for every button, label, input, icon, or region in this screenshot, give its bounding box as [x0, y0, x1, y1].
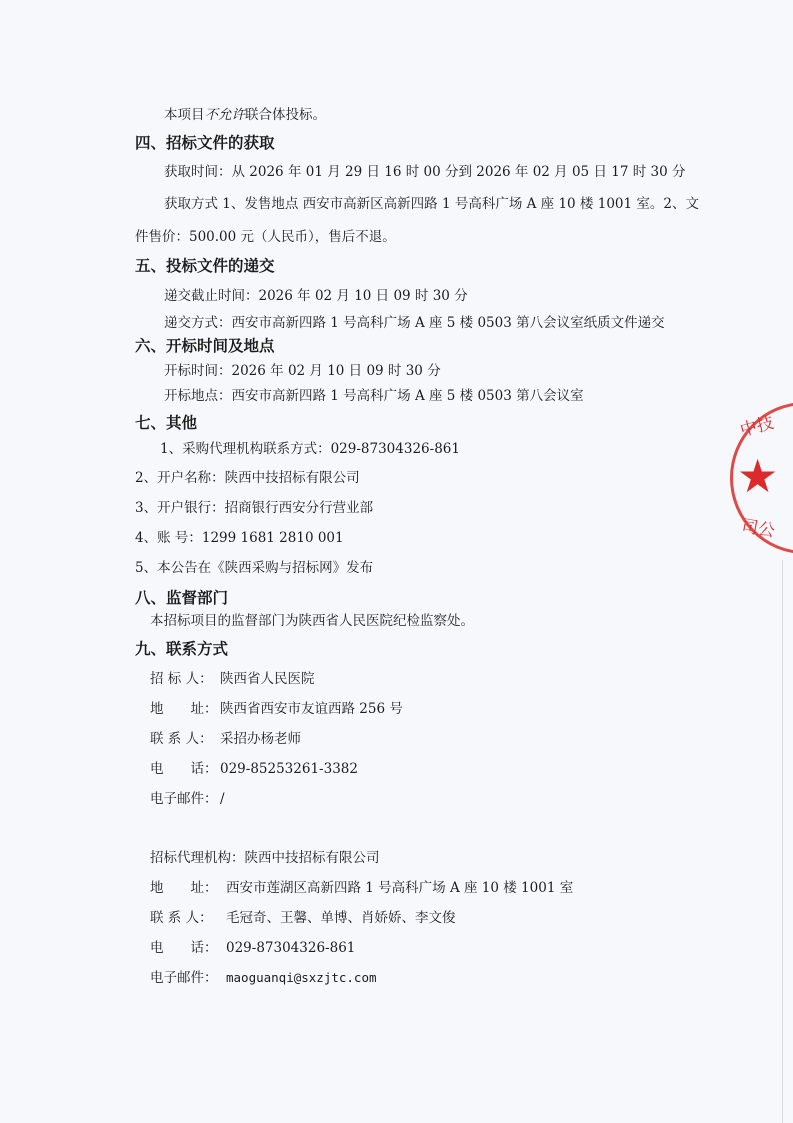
field-label: 电子邮件： [150, 790, 220, 808]
intro-prefix: 本项目 [164, 107, 205, 123]
tenderer-address-row: 地 址：陕西省西安市友谊西路 256 号 [150, 700, 403, 718]
field-label: 地 址： [150, 700, 220, 718]
agency-address-row: 地 址：西安市莲湖区高新四路 1 号高科广场 A 座 10 楼 1001 室 [150, 879, 573, 897]
section-9-heading: 九、联系方式 [135, 639, 228, 659]
agency-email: maoguanqi@sxzjtc.com [226, 970, 377, 985]
other-item-3: 3、开户银行：招商银行西安分行营业部 [135, 499, 373, 517]
section-5-heading: 五、投标文件的递交 [135, 256, 275, 276]
field-label: 联 系 人： [150, 730, 220, 748]
intro-suffix: 联合体投标。 [245, 107, 326, 123]
agency-name-row: 招标代理机构：陕西中技招标有限公司 [150, 849, 380, 867]
intro-emphasis: 不允许 [205, 107, 246, 123]
acquire-time: 获取时间：从 2026 年 01 月 29 日 16 时 00 分到 2026 … [164, 163, 685, 181]
field-label: 电 话： [150, 939, 226, 957]
field-label: 联 系 人： [150, 909, 226, 927]
tenderer-contact: 采招办杨老师 [220, 731, 301, 747]
tenderer-email: / [220, 791, 225, 807]
section-7-heading: 七、其他 [135, 413, 197, 433]
submit-deadline: 递交截止时间：2026 年 02 月 10 日 09 时 30 分 [164, 287, 468, 305]
field-label: 招标代理机构： [150, 850, 245, 866]
other-item-1: 1、采购代理机构联系方式：029-87304326-861 [160, 440, 460, 458]
agency-email-row: 电子邮件：maoguanqi@sxzjtc.com [150, 969, 377, 987]
field-label: 招 标 人： [150, 670, 220, 688]
acquire-method-line1: 获取方式 1、发售地点 西安市高新区高新四路 1 号高科广场 A 座 10 楼 … [164, 195, 699, 213]
tenderer-name: 陕西省人民医院 [220, 671, 315, 687]
agency-contacts: 毛冠奇、王馨、单博、肖娇娇、李文俊 [226, 910, 456, 926]
tenderer-phone-row: 电 话：029-85253261-3382 [150, 760, 358, 778]
agency-contact-row: 联 系 人：毛冠奇、王馨、单博、肖娇娇、李文俊 [150, 909, 456, 927]
tenderer-phone: 029-85253261-3382 [220, 761, 358, 777]
field-label: 地 址： [150, 879, 226, 897]
tenderer-address: 陕西省西安市友谊西路 256 号 [220, 701, 403, 717]
field-label: 电子邮件： [150, 969, 226, 987]
submit-method: 递交方式：西安市高新四路 1 号高科广场 A 座 5 楼 0503 第八会议室纸… [164, 314, 665, 332]
agency-phone: 029-87304326-861 [226, 940, 355, 956]
tenderer-contact-row: 联 系 人：采招办杨老师 [150, 730, 301, 748]
tenderer-email-row: 电子邮件：/ [150, 790, 225, 808]
page-edge [782, 560, 783, 1123]
section-4-heading: 四、招标文件的获取 [135, 133, 275, 153]
field-label: 电 话： [150, 760, 220, 778]
tenderer-name-row: 招 标 人：陕西省人民医院 [150, 670, 315, 688]
section-8-heading: 八、监督部门 [135, 588, 228, 608]
supervision-text: 本招标项目的监督部门为陕西省人民医院纪检监察处。 [150, 612, 474, 630]
seal-star-icon: ★ [737, 453, 778, 499]
agency-phone-row: 电 话：029-87304326-861 [150, 939, 355, 957]
agency-address: 西安市莲湖区高新四路 1 号高科广场 A 座 10 楼 1001 室 [226, 880, 573, 896]
acquire-method-line2: 件售价：500.00 元（人民币），售后不退。 [135, 228, 396, 246]
opening-time: 开标时间：2026 年 02 月 10 日 09 时 30 分 [164, 362, 441, 380]
other-item-2: 2、开户名称：陕西中技招标有限公司 [135, 469, 360, 487]
other-item-5: 5、本公告在《陕西采购与招标网》发布 [135, 559, 373, 577]
agency-name: 陕西中技招标有限公司 [245, 850, 380, 866]
opening-place: 开标地点：西安市高新四路 1 号高科广场 A 座 5 楼 0503 第八会议室 [164, 387, 584, 405]
section-6-heading: 六、开标时间及地点 [135, 336, 275, 356]
intro-line: 本项目不允许联合体投标。 [164, 106, 326, 124]
other-item-4: 4、账 号：1299 1681 2810 001 [135, 529, 344, 547]
seal-bottom-text: 司公 [740, 517, 777, 541]
